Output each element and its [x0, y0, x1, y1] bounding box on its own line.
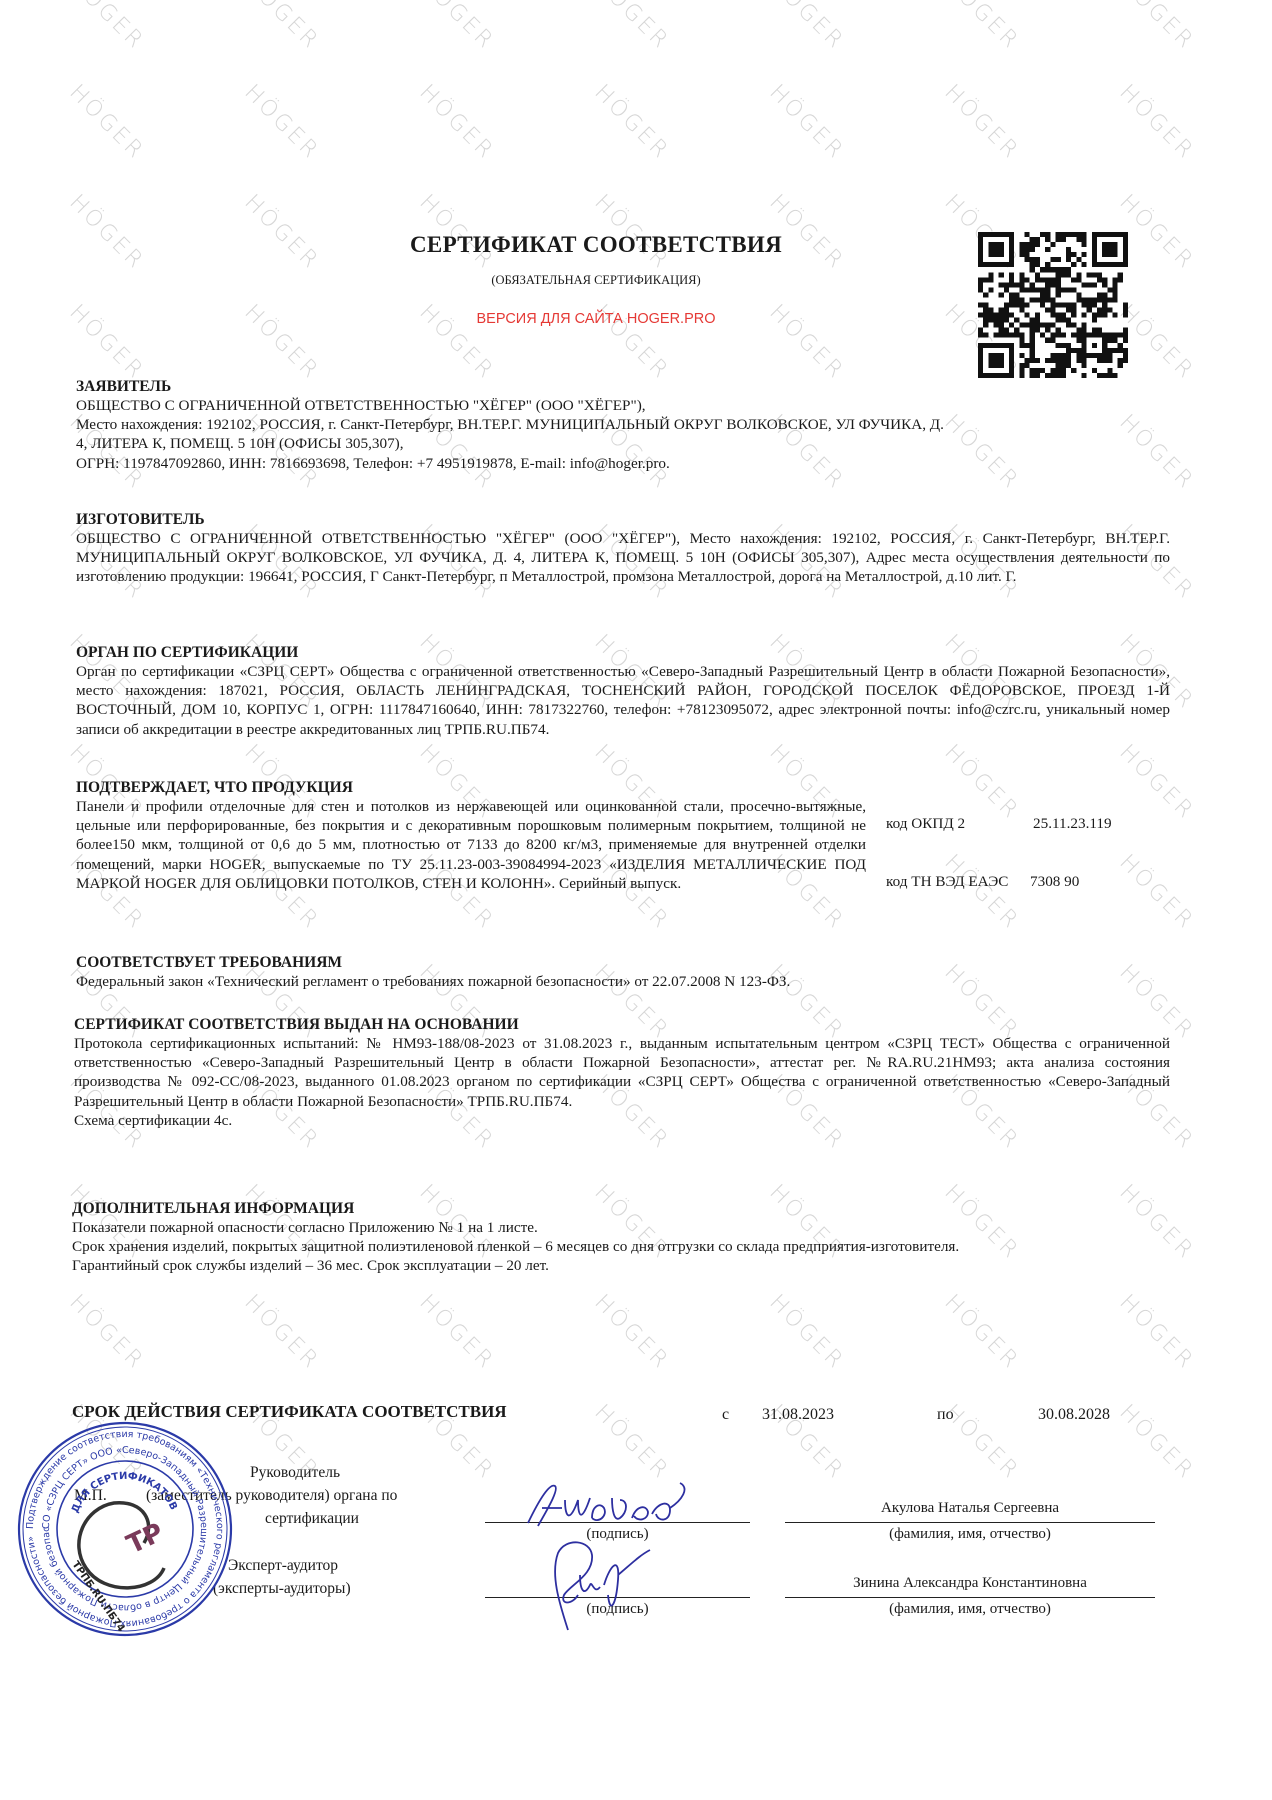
requirements-text: Федеральный закон «Технический регламент… [76, 972, 1170, 991]
watermark-text: HÖGER [414, 1290, 499, 1375]
watermark-text: HÖGER [239, 80, 324, 165]
name-caption: (фамилия, имя, отчество) [785, 1601, 1155, 1618]
watermark-text: HÖGER [1114, 1290, 1199, 1375]
expert-label: Эксперт-аудитор [228, 1555, 338, 1576]
watermark-text: HÖGER [589, 80, 674, 165]
watermark-text: HÖGER [589, 0, 674, 55]
manufacturer-text: ОБЩЕСТВО С ОГРАНИЧЕННОЙ ОТВЕТСТВЕННОСТЬЮ… [76, 529, 1170, 587]
qr-code-icon [978, 232, 1128, 378]
watermark-text: HÖGER [1114, 850, 1199, 935]
additional-info-heading: ДОПОЛНИТЕЛЬНАЯ ИНФОРМАЦИЯ [72, 1200, 1182, 1218]
svg-text:ДЛЯ СЕРТИФИКАТОВ: ДЛЯ СЕРТИФИКАТОВ [70, 1471, 179, 1515]
watermark-text: HÖGER [939, 0, 1024, 55]
watermark-text: HÖGER [414, 0, 499, 55]
applicant-line: ОБЩЕСТВО С ОГРАНИЧЕННОЙ ОТВЕТСТВЕННОСТЬЮ… [76, 396, 1170, 415]
applicant-line: Место нахождения: 192102, РОССИЯ, г. Сан… [76, 415, 1170, 434]
watermark-text: HÖGER [939, 740, 1024, 825]
additional-info-section: ДОПОЛНИТЕЛЬНАЯ ИНФОРМАЦИЯ Показатели пож… [72, 1200, 1182, 1276]
product-text: Панели и профили отделочные для стен и п… [76, 797, 866, 893]
manufacturer-section: ИЗГОТОВИТЕЛЬ ОБЩЕСТВО С ОГРАНИЧЕННОЙ ОТВ… [76, 511, 1170, 587]
tnved-code: код ТН ВЭД ЕАЭС [886, 873, 1008, 891]
watermark-text: HÖGER [239, 0, 324, 55]
validity-to-label: по [937, 1405, 954, 1424]
product-section: ПОДТВЕРЖДАЕТ, ЧТО ПРОДУКЦИЯ Панели и про… [76, 779, 866, 893]
watermark-text: HÖGER [1114, 740, 1199, 825]
watermark-text: HÖGER [764, 0, 849, 55]
watermark-text: HÖGER [939, 1290, 1024, 1375]
certification-stamp-icon: Подтверждение соответствия требованиям «… [14, 1418, 236, 1640]
watermark-text: HÖGER [1114, 0, 1199, 55]
watermark-text: HÖGER [589, 1400, 674, 1485]
watermark-text: HÖGER [939, 80, 1024, 165]
name-line-head [785, 1522, 1155, 1523]
basis-text: Протокола сертификационных испытаний: № … [74, 1034, 1170, 1111]
applicant-heading: ЗАЯВИТЕЛЬ [76, 378, 1170, 396]
watermark-text: HÖGER [239, 1290, 324, 1375]
certification-scheme: Схема сертификации 4с. [74, 1111, 1170, 1130]
manufacturer-heading: ИЗГОТОВИТЕЛЬ [76, 511, 1170, 529]
validity-from-date: 31.08.2023 [762, 1405, 834, 1424]
basis-heading: СЕРТИФИКАТ СООТВЕТСТВИЯ ВЫДАН НА ОСНОВАН… [74, 1016, 1170, 1034]
expert-name: Зинина Александра Константиновна [785, 1575, 1155, 1592]
tnved-value: 7308 90 [1030, 873, 1079, 891]
watermark-text: HÖGER [764, 1290, 849, 1375]
applicant-section: ЗАЯВИТЕЛЬ ОБЩЕСТВО С ОГРАНИЧЕННОЙ ОТВЕТС… [76, 378, 1170, 473]
applicant-line: ОГРН: 1197847092860, ИНН: 7816693698, Те… [76, 454, 1170, 473]
head-label: Руководитель [250, 1462, 340, 1483]
signature-head-icon [520, 1478, 720, 1538]
signature-expert-icon [520, 1535, 680, 1635]
svg-text:Подтверждение соответствия тре: Подтверждение соответствия требованиям «… [25, 1429, 225, 1629]
additional-info-line: Срок хранения изделий, покрытых защитной… [72, 1237, 1182, 1256]
product-heading: ПОДТВЕРЖДАЕТ, ЧТО ПРОДУКЦИЯ [76, 779, 866, 797]
watermark-text: HÖGER [64, 0, 149, 55]
validity-to-date: 30.08.2028 [1038, 1405, 1110, 1424]
name-caption: (фамилия, имя, отчество) [785, 1526, 1155, 1543]
tnved-label: код ТН ВЭД ЕАЭС [886, 873, 1008, 890]
requirements-section: СООТВЕТСТВУЕТ ТРЕБОВАНИЯМ Федеральный за… [76, 954, 1170, 991]
watermark-text: HÖGER [939, 850, 1024, 935]
head-label: сертификации [265, 1508, 359, 1529]
svg-text:ТР: ТР [122, 1518, 168, 1561]
watermark-text: HÖGER [1114, 80, 1199, 165]
watermark-text: HÖGER [414, 80, 499, 165]
certification-body-text: Орган по сертификации «СЗРЦ СЕРТ» Общест… [76, 662, 1170, 739]
applicant-line: 4, ЛИТЕРА К, ПОМЕЩ. 5 10Н (ОФИСЫ 305,307… [76, 434, 1170, 453]
watermark-text: HÖGER [589, 1290, 674, 1375]
validity-from-label: с [722, 1405, 729, 1424]
name-line-expert [785, 1597, 1155, 1598]
certification-body-heading: ОРГАН ПО СЕРТИФИКАЦИИ [76, 644, 1170, 662]
additional-info-line: Показатели пожарной опасности согласно П… [72, 1218, 1182, 1237]
okpd-label: код ОКПД 2 [886, 815, 965, 832]
additional-info-line: Гарантийный срок службы изделий – 36 мес… [72, 1256, 1182, 1275]
basis-section: СЕРТИФИКАТ СООТВЕТСТВИЯ ВЫДАН НА ОСНОВАН… [74, 1016, 1170, 1130]
watermark-text: HÖGER [64, 80, 149, 165]
okpd-code: код ОКПД 2 [886, 815, 965, 833]
okpd-value: 25.11.23.119 [1033, 815, 1112, 833]
certification-body-section: ОРГАН ПО СЕРТИФИКАЦИИ Орган по сертифика… [76, 644, 1170, 739]
head-name: Акулова Наталья Сергеевна [785, 1500, 1155, 1517]
watermark-text: HÖGER [64, 1290, 149, 1375]
watermark-text: HÖGER [764, 80, 849, 165]
requirements-heading: СООТВЕТСТВУЕТ ТРЕБОВАНИЯМ [76, 954, 1170, 972]
watermark-text: HÖGER [1114, 1400, 1199, 1485]
